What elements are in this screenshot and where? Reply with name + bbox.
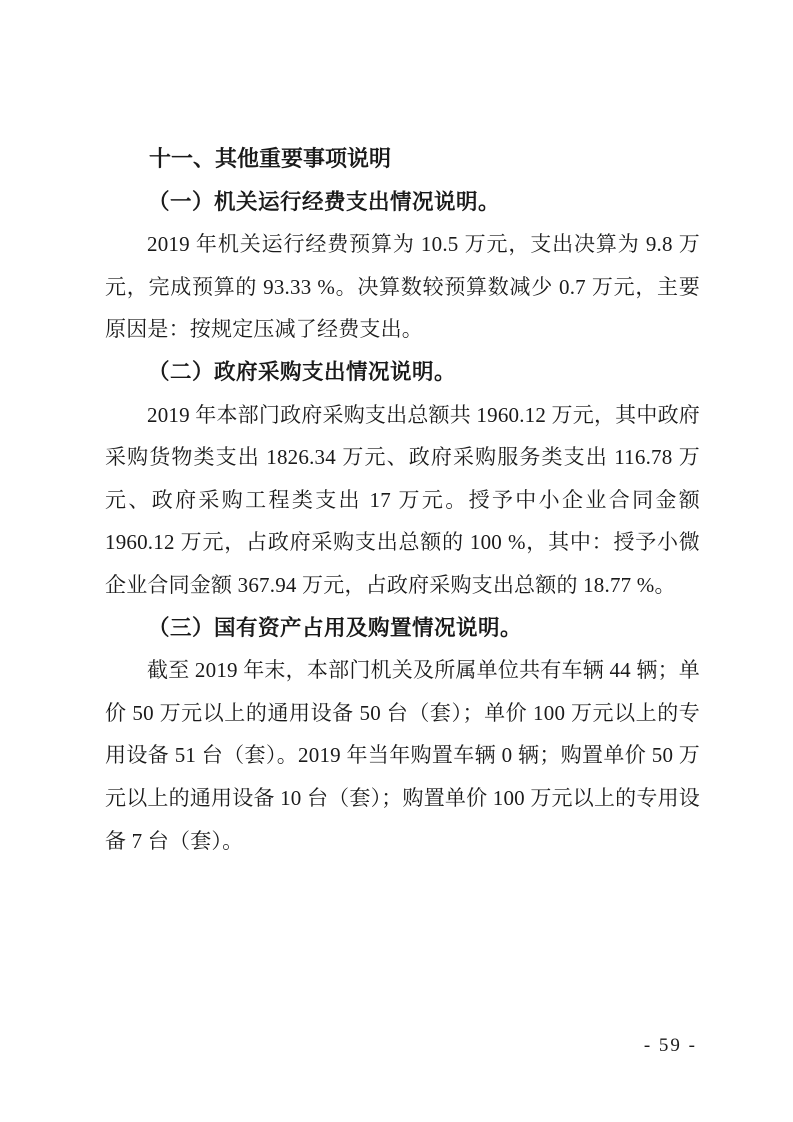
section-state-assets: （三）国有资产占用及购置情况说明。 截至 2019 年末，本部门机关及所属单位共… (105, 607, 700, 863)
section-1-paragraph: 2019 年机关运行经费预算为 10.5 万元，支出决算为 9.8 万元，完成预… (105, 223, 700, 351)
section-3-paragraph: 截至 2019 年末，本部门机关及所属单位共有车辆 44 辆；单价 50 万元以… (105, 649, 700, 862)
document-page: 十一、其他重要事项说明 （一）机关运行经费支出情况说明。 2019 年机关运行经… (0, 0, 793, 1122)
document-content: 十一、其他重要事项说明 （一）机关运行经费支出情况说明。 2019 年机关运行经… (105, 138, 700, 862)
section-1-heading: （一）机关运行经费支出情况说明。 (105, 181, 700, 224)
document-title: 十一、其他重要事项说明 (105, 138, 700, 181)
section-government-procurement: （二）政府采购支出情况说明。 2019 年本部门政府采购支出总额共 1960.1… (105, 351, 700, 607)
section-agency-operating-expense: （一）机关运行经费支出情况说明。 2019 年机关运行经费预算为 10.5 万元… (105, 181, 700, 351)
section-3-heading: （三）国有资产占用及购置情况说明。 (105, 607, 700, 650)
section-2-paragraph: 2019 年本部门政府采购支出总额共 1960.12 万元，其中政府采购货物类支… (105, 394, 700, 607)
page-number: - 59 - (644, 1035, 697, 1056)
section-2-heading: （二）政府采购支出情况说明。 (105, 351, 700, 394)
